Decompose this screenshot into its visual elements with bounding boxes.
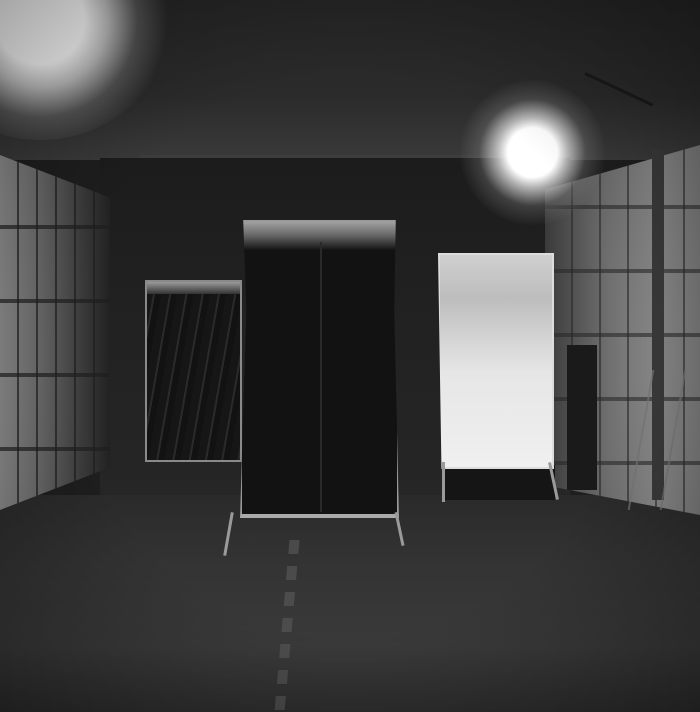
- panel-right-base: [445, 465, 555, 500]
- panel-seam: [320, 242, 322, 512]
- panel-right-white: [438, 253, 554, 469]
- panel-left-dark: [145, 280, 242, 462]
- installation-photo: [0, 0, 700, 712]
- panel-center-dark: [240, 220, 399, 518]
- doorway: [567, 345, 597, 490]
- left-wall: [0, 155, 110, 510]
- panel-top-strip: [147, 282, 240, 294]
- spotlight-right: [460, 80, 605, 225]
- floor: [0, 495, 700, 712]
- wall-grid: [0, 155, 110, 510]
- panel-leg: [442, 462, 445, 502]
